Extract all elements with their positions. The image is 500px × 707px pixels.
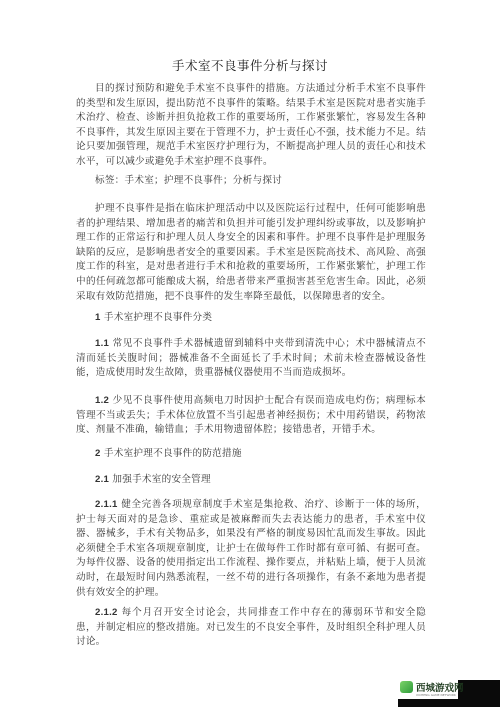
section-title: 手术室护理不良事件的防范措施 [104,448,242,459]
item-text: 每个月召开安全讨论会，共同排查工作中存在的薄弱环节和安全隐患，并制定相应的整改措… [76,607,426,647]
watermark-name: 西城游戏网 [416,680,464,694]
item-number: 2.1.1 [95,499,118,510]
abstract-paragraph: 目的探讨预防和避免手术室不良事件的措施。方法通过分析手术室不良事件的类型和发生原… [76,82,426,170]
section-2-heading: 2 手术室护理不良事件的防范措施 [95,447,242,461]
section-1-2-paragraph: 1.2 少见不良事件使用高频电刀时因护士配合有误而造成电灼伤；病理标本管理不当或… [76,394,426,438]
subsection-title: 加强手术室的安全管理 [112,474,210,485]
site-watermark: 西城游戏网 XICHENG GAME NETWORK [398,677,500,707]
section-number: 1 [95,312,101,323]
watermark-dark-strip [398,699,500,707]
item-text: 常见不良事件手术器械遗留到辅料中夹带到清洗中心；术中器械清点不清而延长关腹时间；… [76,338,426,378]
subsection-number: 2.1 [95,474,109,485]
section-1-1-paragraph: 1.1 常见不良事件手术器械遗留到辅料中夹带到清洗中心；术中器械清点不清而延长关… [76,337,426,381]
section-2-1-heading: 2.1 加强手术室的安全管理 [95,473,211,487]
intro-paragraph: 护理不良事件是指在临床护理活动中以及医院运行过程中，任何可能影响患者的护理结果、… [76,202,426,304]
item-text: 健全完善各项规章制度手术室是集抢救、治疗、诊断于一体的场所，护士每天面对的是急诊… [76,499,426,598]
section-number: 2 [95,448,101,459]
tags-line: 标签：手术室；护理不良事件；分析与探讨 [95,174,282,188]
game-controller-logo-icon [400,681,413,693]
document-title: 手术室不良事件分析与探讨 [0,56,500,74]
section-2-1-1-paragraph: 2.1.1 健全完善各项规章制度手术室是集抢救、治疗、诊断于一体的场所，护士每天… [76,498,426,600]
section-2-1-2-paragraph: 2.1.2 每个月召开安全讨论会，共同排查工作中存在的薄弱环节和安全隐患，并制定… [76,606,426,650]
section-1-heading: 1 手术室护理不良事件分类 [95,311,212,325]
watermark-box: 西城游戏网 XICHENG GAME NETWORK [398,677,456,699]
item-number: 1.1 [95,338,109,349]
watermark-subtitle: XICHENG GAME NETWORK [416,693,456,697]
section-title: 手术室护理不良事件分类 [104,312,212,323]
document-page: 手术室不良事件分析与探讨 目的探讨预防和避免手术室不良事件的措施。方法通过分析手… [0,0,500,707]
item-text: 少见不良事件使用高频电刀时因护士配合有误而造成电灼伤；病理标本管理不当或丢失；手… [76,395,426,435]
item-number: 1.2 [95,395,109,406]
item-number: 2.1.2 [95,607,118,618]
